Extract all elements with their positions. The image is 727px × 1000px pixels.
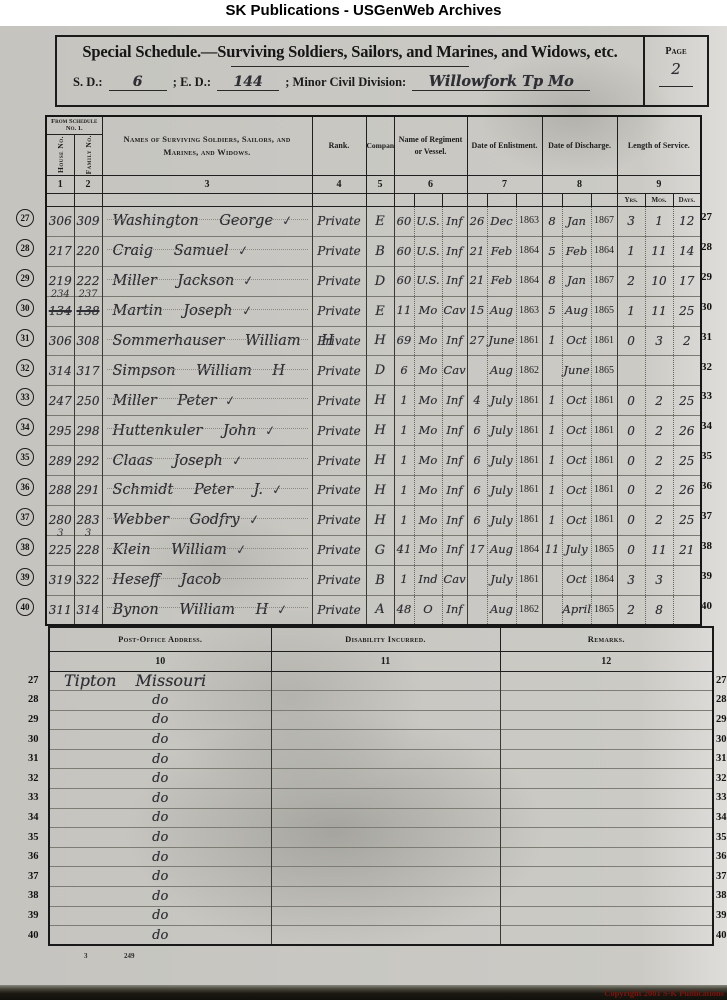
- enlist-day-cell: 15: [467, 296, 487, 326]
- regiment-state-cell: Mo: [414, 475, 442, 505]
- enlist-year-cell: 1861: [516, 505, 542, 535]
- row-number: 34: [16, 418, 34, 436]
- disability-cell: [271, 749, 500, 769]
- schedule-header-box: Special Schedule.—Surviving Soldiers, Sa…: [55, 35, 709, 107]
- row-number: 28: [701, 241, 712, 253]
- from-schedule-header: From Schedule No. 1. House No. Family No…: [46, 116, 102, 175]
- house-no-cell: 288: [46, 475, 74, 505]
- enlist-year-cell: 1863: [516, 296, 542, 326]
- regiment-type-cell: Inf: [442, 206, 467, 236]
- service-months-cell: 3: [645, 565, 673, 595]
- column-numbers-row: 1 2 3 4 5 6 7 8 9: [46, 175, 701, 193]
- soldier-name-cell: Simpson William H✓: [102, 356, 312, 386]
- soldier-name-cell: Washington George✓: [102, 206, 312, 236]
- regiment-number-cell: 60: [394, 266, 414, 296]
- service-months-cell: 3: [645, 326, 673, 356]
- remarks-cell: [500, 710, 713, 730]
- rank-cell: Private: [312, 535, 366, 565]
- regiment-number-cell: 1: [394, 416, 414, 446]
- enlist-month-cell: Feb: [487, 266, 516, 296]
- rank-cell: Private: [312, 416, 366, 446]
- row-number: 30: [716, 734, 727, 745]
- enlist-day-cell: 6: [467, 446, 487, 476]
- row-number: 29: [28, 714, 39, 725]
- remarks-cell: [500, 867, 713, 887]
- service-days-cell: 25: [673, 505, 701, 535]
- rank-header: Rank.: [312, 116, 366, 175]
- discharge-year-cell: 1861: [591, 386, 617, 416]
- row-number: 36: [16, 478, 34, 496]
- soldier-name-cell: Webber Godfry✓: [102, 505, 312, 535]
- soldier-row: 295 298 Huttenkuler John✓ Private H 1 Mo…: [46, 416, 701, 446]
- soldier-row: 247 250 Miller Peter✓ Private H 1 Mo Inf…: [46, 386, 701, 416]
- remarks-cell: [500, 887, 713, 907]
- row-number: 35: [701, 450, 712, 462]
- service-years-cell: [617, 356, 645, 386]
- remarks-cell: [500, 691, 713, 711]
- regiment-header: Name of Regiment or Vessel.: [394, 116, 467, 175]
- row-number: 29: [716, 714, 727, 725]
- enlist-month-cell: Aug: [487, 535, 516, 565]
- write-line: [107, 219, 308, 220]
- post-office-cell: do: [49, 730, 271, 750]
- service-months-cell: 2: [645, 505, 673, 535]
- remarks-cell: [500, 769, 713, 789]
- address-row: do: [49, 691, 713, 711]
- write-line: [107, 428, 308, 429]
- soldier-name-cell: Craig Samuel✓: [102, 236, 312, 266]
- soldier-name-cell: Klein William✓: [102, 535, 312, 565]
- row-number: 34: [716, 812, 727, 823]
- service-years-cell: 1: [617, 296, 645, 326]
- row-number: 33: [16, 388, 34, 406]
- company-header: Company.: [366, 116, 394, 175]
- rank-cell: Private: [312, 296, 366, 326]
- discharge-year-cell: 1861: [591, 446, 617, 476]
- service-days-cell: [673, 565, 701, 595]
- row-number: 32: [28, 773, 39, 784]
- service-years-cell: 3: [617, 206, 645, 236]
- page-box: Page 2: [643, 37, 707, 105]
- discharge-year-cell: 1867: [591, 266, 617, 296]
- service-days-cell: 2: [673, 326, 701, 356]
- post-office-cell: do: [49, 749, 271, 769]
- regiment-number-cell: 1: [394, 446, 414, 476]
- disability-cell: [271, 710, 500, 730]
- remarks-cell: [500, 926, 713, 946]
- family-no-cell: 308: [74, 326, 102, 356]
- house-no-cell: 234134: [46, 296, 74, 326]
- enlist-year-cell: 1861: [516, 326, 542, 356]
- regiment-type-cell: Inf: [442, 326, 467, 356]
- row-number: 34: [28, 812, 39, 823]
- row-number: 37: [16, 508, 34, 526]
- post-office-cell: do: [49, 691, 271, 711]
- company-cell: D: [366, 266, 394, 296]
- row-number: 29: [16, 269, 34, 287]
- discharge-month-cell: Jan: [562, 206, 591, 236]
- regiment-state-cell: Mo: [414, 356, 442, 386]
- post-office-cell: do: [49, 828, 271, 848]
- company-cell: H: [366, 505, 394, 535]
- enlist-day-cell: [467, 356, 487, 386]
- regiment-number-cell: 11: [394, 296, 414, 326]
- enlist-year-cell: 1861: [516, 475, 542, 505]
- regiment-type-cell: Inf: [442, 475, 467, 505]
- discharge-year-cell: 1864: [591, 565, 617, 595]
- disability-header: Disability Incurred.: [271, 627, 500, 651]
- regiment-type-cell: Inf: [442, 446, 467, 476]
- remarks-cell: [500, 906, 713, 926]
- row-number: 39: [701, 570, 712, 582]
- row-number: 29: [701, 271, 712, 283]
- service-days-cell: 17: [673, 266, 701, 296]
- service-days-cell: 25: [673, 296, 701, 326]
- plate-footnote: 249: [124, 952, 135, 960]
- service-years-cell: 2: [617, 266, 645, 296]
- soldier-row: 289 292 Claas Joseph✓ Private H 1 Mo Inf…: [46, 446, 701, 476]
- address-row: do: [49, 847, 713, 867]
- enlist-month-cell: July: [487, 386, 516, 416]
- family-no-header: Family No.: [84, 135, 93, 174]
- row-number: 32: [701, 361, 712, 373]
- row-number: 31: [701, 331, 712, 343]
- enlist-month-cell: July: [487, 505, 516, 535]
- discharge-month-cell: July: [562, 535, 591, 565]
- address-row: do: [49, 887, 713, 907]
- rank-cell: Private: [312, 386, 366, 416]
- check-mark: ✓: [281, 215, 294, 229]
- ed-label: E. D.:: [180, 75, 211, 89]
- address-row: do: [49, 749, 713, 769]
- days-header: Days.: [673, 193, 701, 206]
- regiment-type-cell: Cav: [442, 565, 467, 595]
- row-number: 36: [716, 851, 727, 862]
- soldier-row: 306 309 Washington George✓ Private E 60 …: [46, 206, 701, 236]
- row-number: 32: [16, 359, 34, 377]
- remarks-header: Remarks.: [500, 627, 713, 651]
- banner-title: SK Publications - USGenWeb Archives: [0, 0, 727, 26]
- regiment-type-cell: Inf: [442, 266, 467, 296]
- rank-cell: Private: [312, 206, 366, 236]
- service-months-cell: 11: [645, 236, 673, 266]
- enlist-day-cell: 17: [467, 535, 487, 565]
- col-number: 6: [394, 175, 467, 193]
- discharge-day-cell: 1: [542, 446, 562, 476]
- check-mark: ✓: [242, 274, 255, 288]
- col-number: 11: [271, 651, 500, 671]
- mos-header: Mos.: [645, 193, 673, 206]
- disability-cell: [271, 808, 500, 828]
- house-no-cell: 319: [46, 565, 74, 595]
- service-months-cell: 1: [645, 206, 673, 236]
- discharge-month-cell: Aug: [562, 296, 591, 326]
- discharge-day-cell: 1: [542, 475, 562, 505]
- write-line: [107, 398, 308, 399]
- disability-cell: [271, 769, 500, 789]
- write-line: [107, 458, 308, 459]
- address-row: do: [49, 769, 713, 789]
- enlist-day-cell: 21: [467, 236, 487, 266]
- check-mark: ✓: [237, 245, 250, 259]
- post-office-cell: do: [49, 867, 271, 887]
- regiment-number-cell: 41: [394, 535, 414, 565]
- row-number: 40: [16, 598, 34, 616]
- remarks-cell: [500, 847, 713, 867]
- family-no-cell: 220: [74, 236, 102, 266]
- service-years-cell: 0: [617, 505, 645, 535]
- remarks-cell: [500, 828, 713, 848]
- enlist-month-cell: Dec: [487, 206, 516, 236]
- company-cell: D: [366, 356, 394, 386]
- service-header: Length of Service.: [617, 116, 701, 175]
- post-office-cell: do: [49, 926, 271, 946]
- regiment-state-cell: Mo: [414, 535, 442, 565]
- address-row: do: [49, 867, 713, 887]
- regiment-state-cell: Mo: [414, 416, 442, 446]
- yrs-header: Yrs.: [617, 193, 645, 206]
- enlist-month-cell: June: [487, 326, 516, 356]
- regiment-type-cell: Inf: [442, 236, 467, 266]
- remarks-cell: [500, 671, 713, 691]
- regiment-type-cell: Inf: [442, 416, 467, 446]
- house-no-cell: 217: [46, 236, 74, 266]
- regiment-state-cell: Ind: [414, 565, 442, 595]
- write-line: [107, 369, 308, 370]
- service-years-cell: 2: [617, 595, 645, 625]
- enlist-year-cell: 1861: [516, 386, 542, 416]
- enlist-month-cell: Aug: [487, 356, 516, 386]
- regiment-number-cell: 6: [394, 356, 414, 386]
- check-mark: ✓: [248, 514, 261, 528]
- family-no-cell: 292: [74, 446, 102, 476]
- row-number: 39: [16, 568, 34, 586]
- rank-cell: Private: [312, 475, 366, 505]
- disability-cell: [271, 691, 500, 711]
- house-family-headers: House No. Family No.: [47, 135, 102, 175]
- address-row: Tipton Missouri: [49, 671, 713, 691]
- title-rule: [231, 66, 469, 67]
- soldier-name-cell: Miller Jackson✓: [102, 266, 312, 296]
- row-number: 33: [701, 390, 712, 402]
- discharge-year-cell: 1861: [591, 475, 617, 505]
- sd-value: 6: [109, 75, 167, 91]
- col-number: 10: [49, 651, 271, 671]
- rank-cell: Private: [312, 446, 366, 476]
- soldiers-table: From Schedule No. 1. House No. Family No…: [45, 115, 702, 626]
- discharge-month-cell: Oct: [562, 416, 591, 446]
- disability-cell: [271, 730, 500, 750]
- service-months-cell: 2: [645, 386, 673, 416]
- col-number: 3: [102, 175, 312, 193]
- address-table: Post-Office Address. Disability Incurred…: [48, 626, 714, 946]
- row-number: 30: [16, 299, 34, 317]
- discharge-year-cell: 1865: [591, 595, 617, 625]
- service-months-cell: 2: [645, 416, 673, 446]
- disability-cell: [271, 828, 500, 848]
- family-no-cell: 250: [74, 386, 102, 416]
- enlist-day-cell: 6: [467, 505, 487, 535]
- service-months-cell: 2: [645, 475, 673, 505]
- separator: ;: [173, 75, 177, 89]
- discharge-month-cell: April: [562, 595, 591, 625]
- soldier-name-cell: Schmidt Peter J.✓: [102, 475, 312, 505]
- row-number: 30: [28, 734, 39, 745]
- row-number: 28: [716, 694, 727, 705]
- discharge-month-cell: Oct: [562, 565, 591, 595]
- remarks-cell: [500, 808, 713, 828]
- ed-value: 144: [217, 75, 279, 91]
- post-office-cell: do: [49, 808, 271, 828]
- write-line: [107, 309, 308, 310]
- soldier-row: 217 220 Craig Samuel✓ Private B 60 U.S. …: [46, 236, 701, 266]
- service-years-cell: 0: [617, 535, 645, 565]
- row-number: 39: [716, 910, 727, 921]
- rank-cell: Private: [312, 505, 366, 535]
- soldier-name-cell: Claas Joseph✓: [102, 446, 312, 476]
- row-number: 38: [716, 890, 727, 901]
- discharge-day-cell: 1: [542, 505, 562, 535]
- family-no-cell: 314: [74, 595, 102, 625]
- copyright-text: Copyright 2001 S-K Publications: [604, 988, 724, 998]
- write-line: [107, 339, 308, 340]
- rank-cell: Private: [312, 356, 366, 386]
- check-mark: ✓: [225, 394, 238, 408]
- regiment-type-cell: Inf: [442, 505, 467, 535]
- names-header: Names of Surviving Soldiers, Sailors, an…: [102, 116, 312, 175]
- post-office-cell: do: [49, 906, 271, 926]
- rank-cell: Private: [312, 565, 366, 595]
- row-number: 27: [716, 675, 727, 686]
- enlist-month-cell: July: [487, 565, 516, 595]
- service-months-cell: 10: [645, 266, 673, 296]
- discharge-month-cell: Oct: [562, 326, 591, 356]
- schedule-header-left: Special Schedule.—Surviving Soldiers, Sa…: [57, 37, 643, 105]
- row-number: 40: [28, 930, 39, 941]
- enlist-day-cell: 6: [467, 475, 487, 505]
- post-office-cell: do: [49, 789, 271, 809]
- enlist-day-cell: 6: [467, 416, 487, 446]
- address-row: do: [49, 808, 713, 828]
- service-years-cell: 1: [617, 236, 645, 266]
- row-number: 38: [701, 540, 712, 552]
- page-rule: [659, 86, 693, 87]
- service-months-cell: 11: [645, 535, 673, 565]
- discharge-header: Date of Discharge.: [542, 116, 617, 175]
- soldier-name-cell: Bynon William H✓: [102, 595, 312, 625]
- family-no-cell: 237138: [74, 296, 102, 326]
- disability-cell: [271, 789, 500, 809]
- col-number: 12: [500, 651, 713, 671]
- service-years-cell: 0: [617, 475, 645, 505]
- enlist-year-cell: 1862: [516, 595, 542, 625]
- house-no-cell: 289: [46, 446, 74, 476]
- discharge-year-cell: 1864: [591, 236, 617, 266]
- soldier-row: 219 222 Miller Jackson✓ Private D 60 U.S…: [46, 266, 701, 296]
- row-number: 31: [716, 753, 727, 764]
- family-no-cell: 291: [74, 475, 102, 505]
- soldier-row: 314 317 Simpson William H✓ Private D 6 M…: [46, 356, 701, 386]
- rank-cell: Private: [312, 595, 366, 625]
- post-office-cell: Tipton Missouri: [49, 671, 271, 691]
- address-row: do: [49, 789, 713, 809]
- soldier-name-cell: Sommerhauser William H✓: [102, 326, 312, 356]
- row-number: 27: [701, 211, 712, 223]
- write-line: [107, 279, 308, 280]
- soldier-row: 3225 3228 Klein William✓ Private G 41 Mo…: [46, 535, 701, 565]
- enlist-year-cell: 1864: [516, 266, 542, 296]
- discharge-year-cell: 1865: [591, 535, 617, 565]
- soldier-row: 311 314 Bynon William H✓ Private A 48 O …: [46, 595, 701, 625]
- house-no-cell: 311: [46, 595, 74, 625]
- discharge-day-cell: 5: [542, 236, 562, 266]
- soldier-name-cell: Martin Joseph✓: [102, 296, 312, 326]
- regiment-state-cell: Mo: [414, 326, 442, 356]
- service-years-cell: 0: [617, 446, 645, 476]
- soldier-name-cell: Miller Peter✓: [102, 386, 312, 416]
- post-office-cell: do: [49, 710, 271, 730]
- enlist-year-cell: 1862: [516, 356, 542, 386]
- family-no-cell: 322: [74, 565, 102, 595]
- col-number: 1: [46, 175, 74, 193]
- row-number: 28: [16, 239, 34, 257]
- regiment-state-cell: O: [414, 595, 442, 625]
- col-number: 8: [542, 175, 617, 193]
- discharge-day-cell: 8: [542, 206, 562, 236]
- enlist-day-cell: [467, 595, 487, 625]
- company-cell: B: [366, 236, 394, 266]
- row-number: 35: [28, 832, 39, 843]
- enlist-month-cell: July: [487, 416, 516, 446]
- row-number: 37: [716, 871, 727, 882]
- discharge-month-cell: Feb: [562, 236, 591, 266]
- address-row: do: [49, 730, 713, 750]
- discharge-day-cell: 1: [542, 326, 562, 356]
- discharge-day-cell: 1: [542, 386, 562, 416]
- write-line: [107, 249, 308, 250]
- remarks-cell: [500, 789, 713, 809]
- mcd-label: Minor Civil Division:: [293, 75, 407, 89]
- discharge-day-cell: 5: [542, 296, 562, 326]
- row-number: 30: [701, 301, 712, 313]
- row-number: 35: [16, 448, 34, 466]
- discharge-year-cell: 1861: [591, 416, 617, 446]
- col-number: 9: [617, 175, 701, 193]
- regiment-state-cell: Mo: [414, 505, 442, 535]
- regiment-number-cell: 1: [394, 505, 414, 535]
- row-number: 31: [28, 753, 39, 764]
- row-number: 37: [701, 510, 712, 522]
- discharge-day-cell: [542, 565, 562, 595]
- house-no-cell: 314: [46, 356, 74, 386]
- service-days-cell: [673, 356, 701, 386]
- family-correction: 3: [85, 529, 91, 539]
- regiment-state-cell: U.S.: [414, 206, 442, 236]
- row-number: 32: [716, 773, 727, 784]
- regiment-number-cell: 1: [394, 565, 414, 595]
- house-correction: 234: [51, 290, 70, 300]
- discharge-year-cell: 1867: [591, 206, 617, 236]
- regiment-type-cell: Cav: [442, 356, 467, 386]
- discharge-day-cell: [542, 595, 562, 625]
- enlist-year-cell: 1861: [516, 446, 542, 476]
- row-number: 27: [28, 675, 39, 686]
- service-days-cell: 26: [673, 475, 701, 505]
- service-years-cell: 0: [617, 386, 645, 416]
- house-no-cell: 3225: [46, 535, 74, 565]
- company-cell: H: [366, 446, 394, 476]
- discharge-year-cell: 1861: [591, 326, 617, 356]
